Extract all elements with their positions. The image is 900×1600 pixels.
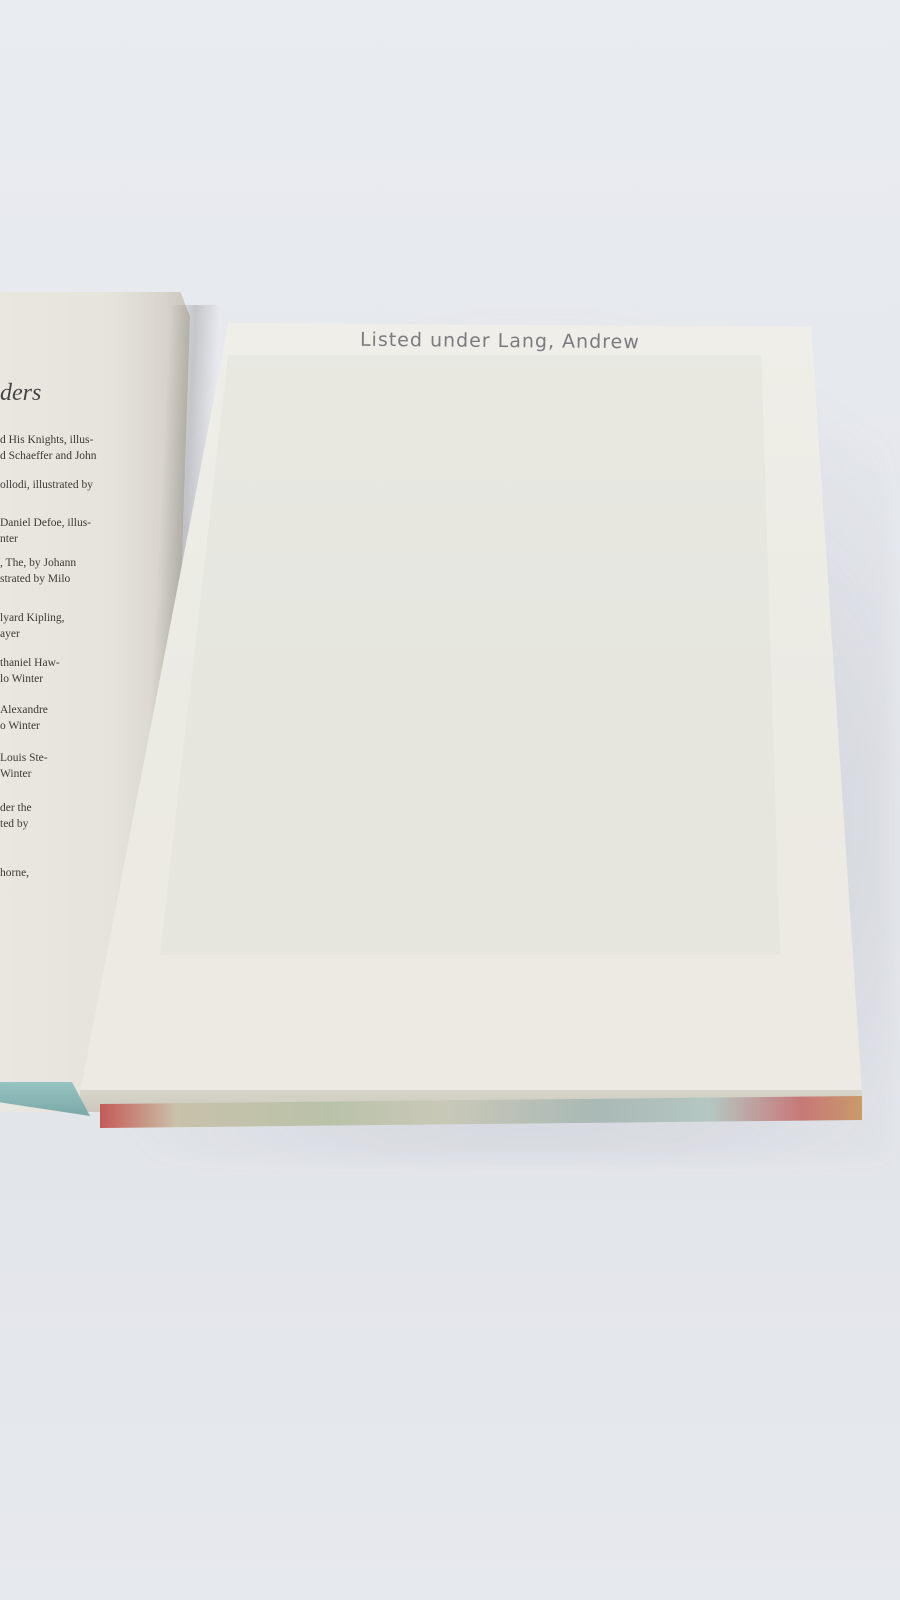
list-entry: , The, by Johann strated by Milo xyxy=(0,555,76,587)
list-entry: ollodi, illustrated by xyxy=(0,477,93,493)
list-entry: Alexandre o Winter xyxy=(0,702,48,734)
list-entry: thaniel Haw- lo Winter xyxy=(0,655,60,687)
handwritten-note: Listed under Lang, Andrew xyxy=(360,329,640,353)
list-entry: der the ted by xyxy=(0,800,32,832)
list-entry: lyard Kipling, ayer xyxy=(0,610,65,642)
page-tissue-area xyxy=(160,355,780,955)
left-page-heading: ders xyxy=(0,380,41,407)
photo-scene: ders d His Knights, illus- d Schaeffer a… xyxy=(0,0,900,1600)
list-entry: Daniel Defoe, illus- nter xyxy=(0,515,91,547)
list-entry: d His Knights, illus- d Schaeffer and Jo… xyxy=(0,432,97,464)
list-entry: Louis Ste- Winter xyxy=(0,750,48,782)
list-entry: horne, xyxy=(0,865,29,881)
